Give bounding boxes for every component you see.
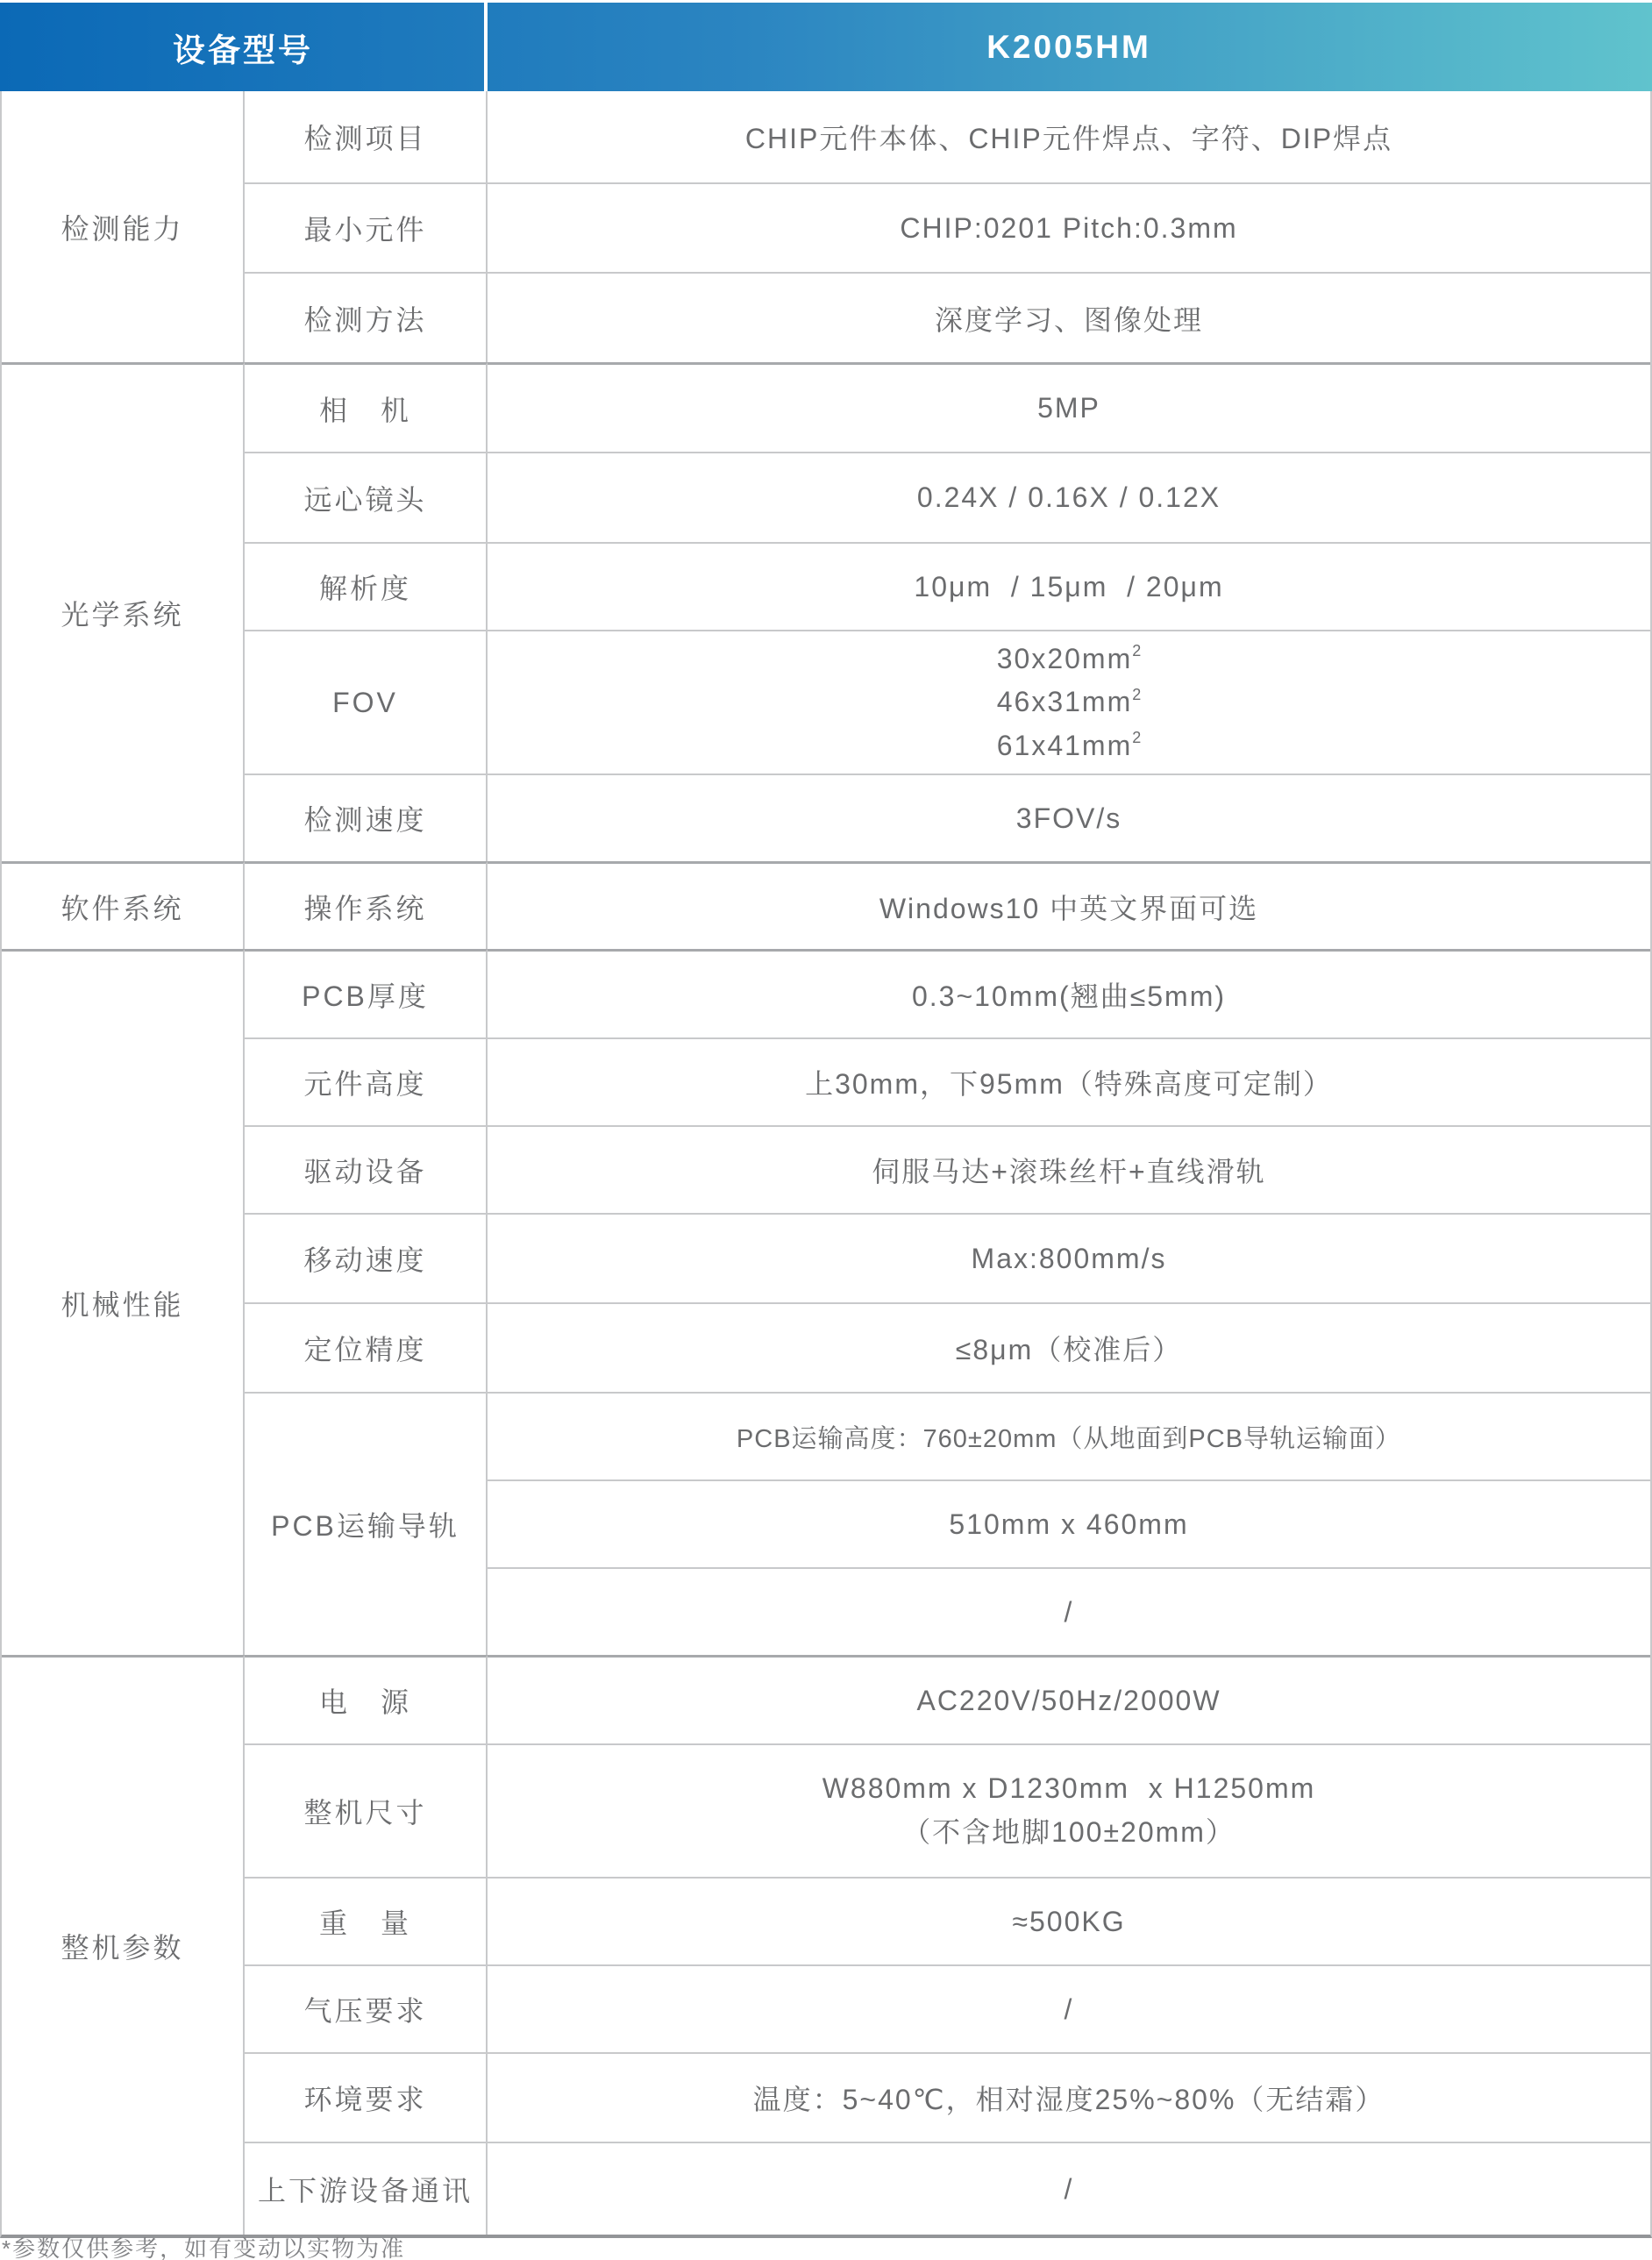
row-value-pcb-rail-size: 510mm x 460mm [488, 1479, 1650, 1567]
row-label-fov: FOV [245, 630, 488, 774]
row-value-resolution: 10μm / 15μm / 20μm [488, 542, 1650, 630]
row-label-speed: 检测速度 [245, 774, 488, 861]
row-label-pcb-rail: PCB运输导轨 [245, 1392, 488, 1655]
row-label-component-height: 元件高度 [245, 1037, 488, 1125]
row-label-air: 气压要求 [245, 1964, 488, 2052]
row-value-lens: 0.24X / 0.16X / 0.12X [488, 452, 1650, 542]
row-value-weight: ≈500KG [488, 1877, 1650, 1964]
row-label-move-speed: 移动速度 [245, 1213, 488, 1302]
row-label-lens: 远心镜头 [245, 452, 488, 542]
row-value-pcb-thickness: 0.3~10mm(翘曲≤5mm) [488, 949, 1650, 1037]
row-value-min-component: CHIP:0201 Pitch:0.3mm [488, 182, 1650, 272]
header-model-cell: K2005HM [486, 3, 1652, 91]
row-value-os: Windows10 中英文界面可选 [488, 861, 1650, 949]
row-value-camera: 5MP [488, 362, 1650, 452]
row-label-power: 电 源 [245, 1655, 488, 1743]
group-cell-optics: 光学系统 [2, 362, 245, 861]
fov-value-2: 46x31mm2 [997, 681, 1142, 724]
row-label-pcb-thickness: PCB厚度 [245, 949, 488, 1037]
row-value-air: / [488, 1964, 1650, 2052]
row-label-camera: 相 机 [245, 362, 488, 452]
row-label-resolution: 解析度 [245, 542, 488, 630]
table-header: 设备型号 K2005HM [0, 3, 1652, 91]
header-device-model-cell: 设备型号 [0, 3, 486, 91]
group-cell-detection: 检测能力 [2, 91, 245, 362]
row-label-method: 检测方法 [245, 272, 488, 362]
group-cell-software: 软件系统 [2, 861, 245, 949]
row-label-weight: 重 量 [245, 1877, 488, 1964]
row-label-dimensions: 整机尺寸 [245, 1743, 488, 1877]
group-cell-machine: 整机参数 [2, 1655, 245, 2235]
row-value-pcb-rail-height: PCB运输高度：760±20mm（从地面到PCB导轨运输面） [488, 1392, 1650, 1479]
row-value-positioning: ≤8μm（校准后） [488, 1302, 1650, 1392]
group-cell-mechanical: 机械性能 [2, 949, 245, 1655]
row-label-positioning: 定位精度 [245, 1302, 488, 1392]
row-label-os: 操作系统 [245, 861, 488, 949]
row-value-move-speed: Max:800mm/s [488, 1213, 1650, 1302]
row-value-inspect-items: CHIP元件本体、CHIP元件焊点、字符、DIP焊点 [488, 91, 1650, 182]
dimensions-line-1: W880mm x D1230mm x H1250mm [822, 1767, 1316, 1811]
row-value-fov: 30x20mm2 46x31mm2 61x41mm2 [488, 630, 1650, 774]
dimensions-line-2: （不含地脚100±20mm） [902, 1811, 1235, 1855]
row-value-speed: 3FOV/s [488, 774, 1650, 861]
row-label-inspect-items: 检测项目 [245, 91, 488, 182]
model-value: K2005HM [986, 29, 1151, 66]
fov-value-1: 30x20mm2 [997, 638, 1142, 681]
row-value-pcb-rail-extra: / [488, 1567, 1650, 1655]
row-value-component-height: 上30mm，下95mm（特殊高度可定制） [488, 1037, 1650, 1125]
row-label-min-component: 最小元件 [245, 182, 488, 272]
row-value-communication: / [488, 2142, 1650, 2235]
row-value-method: 深度学习、图像处理 [488, 272, 1650, 362]
row-label-drive: 驱动设备 [245, 1125, 488, 1213]
spec-table: 检测能力 光学系统 软件系统 机械性能 整机参数 检测项目 CHIP元件本体、C… [0, 91, 1652, 2238]
row-value-power: AC220V/50Hz/2000W [488, 1655, 1650, 1743]
row-label-environment: 环境要求 [245, 2052, 488, 2142]
row-label-communication: 上下游设备通讯 [245, 2142, 488, 2235]
row-value-dimensions: W880mm x D1230mm x H1250mm （不含地脚100±20mm… [488, 1743, 1650, 1877]
spec-sheet: 设备型号 K2005HM 检测能力 光学系统 软件系统 机械性能 整机参数 检测… [0, 0, 1652, 2260]
device-model-label: 设备型号 [173, 24, 313, 71]
fov-value-3: 61x41mm2 [997, 724, 1142, 768]
row-value-environment: 温度：5~40℃，相对湿度25%~80%（无结霜） [488, 2052, 1650, 2142]
footnote: *参数仅供参考，如有变动以实物为准 [2, 2237, 405, 2260]
row-value-drive: 伺服马达+滚珠丝杆+直线滑轨 [488, 1125, 1650, 1213]
